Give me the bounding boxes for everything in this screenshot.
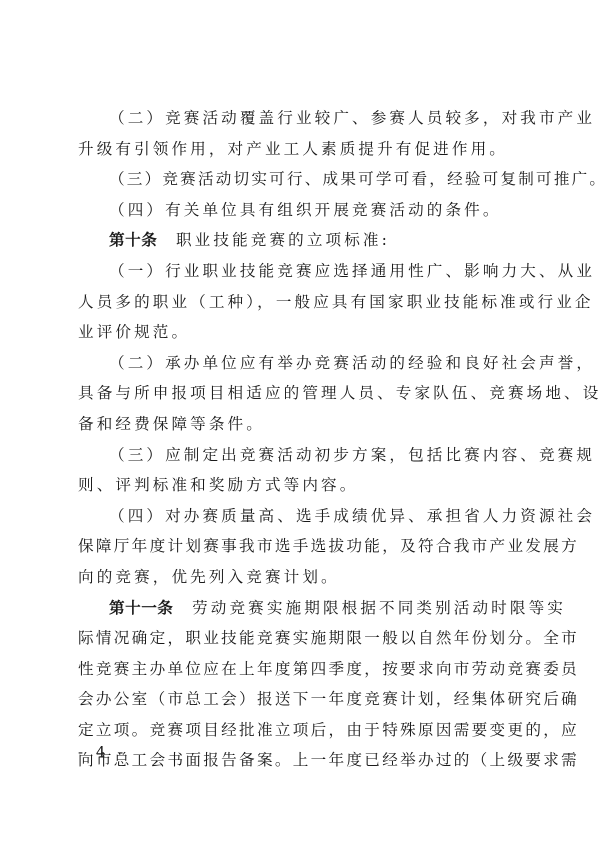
- paragraph-line: （二）承办单位应有举办竞赛活动的经验和良好社会声誉，: [78, 348, 524, 379]
- article-number: 第十条: [109, 231, 157, 249]
- paragraph-line: （一）行业职业技能竞赛应选择通用性广、影响力大、从业: [78, 256, 524, 287]
- paragraph-line: 具备与所申报项目相适应的管理人员、专家队伍、竞赛场地、设: [78, 378, 524, 409]
- paragraph-line: 业评价规范。: [78, 317, 524, 348]
- paragraph-line: 际情况确定，职业技能竞赛实施期限一般以自然年份划分。全市: [78, 623, 524, 654]
- paragraph-line: （二）竞赛活动覆盖行业较广、参赛人员较多，对我市产业: [78, 103, 524, 134]
- article-heading-line: 第十一条 劳动竞赛实施期限根据不同类别活动时限等实: [78, 593, 524, 624]
- paragraph-line: 则、评判标准和奖励方式等内容。: [78, 470, 524, 501]
- paragraph-line: 升级有引领作用，对产业工人素质提升有促进作用。: [78, 134, 524, 165]
- article-text: 职业技能竞赛的立项标准:: [157, 231, 390, 249]
- article-number: 第十一条: [109, 599, 173, 617]
- page-number: - 4 -: [78, 743, 127, 761]
- paragraph-line: （三）竞赛活动切实可行、成果可学可看，经验可复制可推广。: [78, 164, 524, 195]
- paragraph-line: 性竞赛主办单位应在上年度第四季度，按要求向市劳动竞赛委员: [78, 654, 524, 685]
- document-body: （二）竞赛活动覆盖行业较广、参赛人员较多，对我市产业 升级有引领作用，对产业工人…: [78, 103, 524, 776]
- paragraph-line: （四）对办赛质量高、选手成绩优异、承担省人力资源社会: [78, 501, 524, 532]
- paragraph-line: 向的竞赛，优先列入竞赛计划。: [78, 562, 524, 593]
- paragraph-line: 向市总工会书面报告备案。上一年度已经举办过的（上级要求需: [78, 745, 524, 776]
- paragraph-line: 保障厅年度计划赛事我市选手选拔功能，及符合我市产业发展方: [78, 531, 524, 562]
- paragraph-line: 会办公室（市总工会）报送下一年度竞赛计划，经集体研究后确: [78, 684, 524, 715]
- article-text: 劳动竞赛实施期限根据不同类别活动时限等实: [173, 599, 566, 617]
- paragraph-line: 人员多的职业（工种），一般应具有国家职业技能标准或行业企: [78, 287, 524, 318]
- paragraph-line: 备和经费保障等条件。: [78, 409, 524, 440]
- paragraph-line: （三）应制定出竞赛活动初步方案，包括比赛内容、竞赛规: [78, 440, 524, 471]
- paragraph-line: （四）有关单位具有组织开展竞赛活动的条件。: [78, 195, 524, 226]
- article-heading-line: 第十条 职业技能竞赛的立项标准:: [78, 225, 524, 256]
- paragraph-line: 定立项。竞赛项目经批准立项后，由于特殊原因需要变更的，应: [78, 715, 524, 746]
